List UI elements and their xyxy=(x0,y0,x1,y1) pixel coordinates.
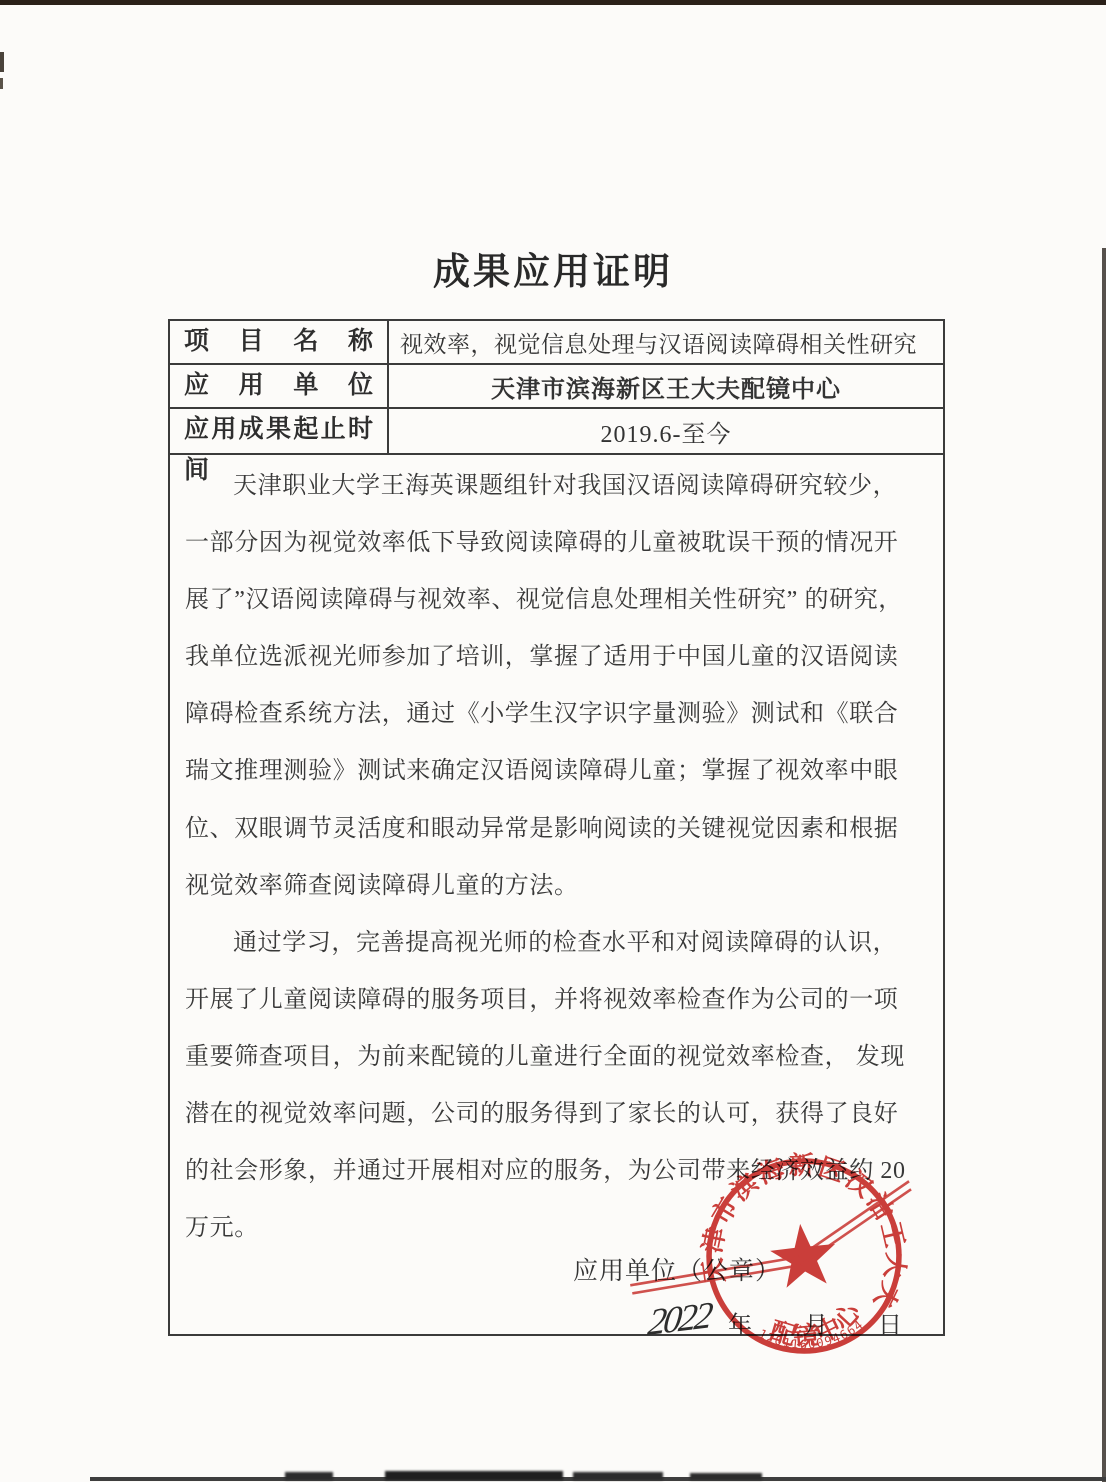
body-line: 天津职业大学王海英课题组针对我国汉语阅读障碍研究较少， xyxy=(185,458,928,515)
body-line: 视觉效率筛查阅读障碍儿童的方法。 xyxy=(185,858,928,915)
scan-artifact xyxy=(690,1473,762,1480)
scanned-document-page: 成果应用证明 项目名称 视效率，视觉信息处理与汉语阅读障碍相关性研究 应用单位 … xyxy=(0,0,1106,1482)
application-unit-value: 天津市滨海新区王大夫配镜中心 xyxy=(389,365,943,407)
project-name-value: 视效率，视觉信息处理与汉语阅读障碍相关性研究 xyxy=(389,321,943,363)
body-line: 开展了儿童阅读障碍的服务项目，并将视效率检查作为公司的一项 xyxy=(185,972,928,1029)
scan-artifact xyxy=(285,1472,333,1480)
body-line: 我单位选派视光师参加了培训，掌握了适用于中国儿童的汉语阅读 xyxy=(185,629,928,686)
body-line: 展了”汉语阅读障碍与视效率、视觉信息处理相关性研究” 的研究， xyxy=(185,572,928,629)
document-title: 成果应用证明 xyxy=(0,241,1106,295)
table-row-application-unit: 应用单位 天津市滨海新区王大夫配镜中心 xyxy=(170,365,943,409)
body-line: 位、双眼调节灵活度和眼动异常是影响阅读的关键视觉因素和根据 xyxy=(185,801,928,858)
svg-text:天津市滨海新区汉沽王大夫: 天津市滨海新区汉沽王大夫 xyxy=(693,1136,923,1316)
body-line: 通过学习，完善提高视光师的检查水平和对阅读障碍的认识， xyxy=(185,915,928,972)
table-row-project-name: 项目名称 视效率，视觉信息处理与汉语阅读障碍相关性研究 xyxy=(170,321,943,365)
body-line: 一部分因为视觉效率低下导致阅读障碍的儿童被耽误干预的情况开 xyxy=(185,515,928,572)
scan-artifact xyxy=(573,1472,663,1480)
official-seal: 天津市滨海新区汉沽王大夫 配镜中心 1201160094664 xyxy=(703,1155,905,1357)
body-line: 潜在的视觉效率问题，公司的服务得到了家长的认可，获得了良好 xyxy=(185,1086,928,1143)
scan-edge-right xyxy=(1102,248,1106,1482)
body-line: 瑞文推理测验》测试来确定汉语阅读障碍儿童；掌握了视效率中眼 xyxy=(185,743,928,800)
scan-edge-top xyxy=(0,0,1106,5)
seal-ring-text: 天津市滨海新区汉沽王大夫 xyxy=(693,1136,923,1316)
application-period-label: 应用成果起止时间 xyxy=(170,409,389,453)
scan-edge-left-mark xyxy=(0,78,3,89)
body-line: 重要筛查项目，为前来配镜的儿童进行全面的视觉效率检查， 发现 xyxy=(185,1029,928,1086)
body-line: 障碍检查系统方法，通过《小学生汉字识字量测验》测试和《联合 xyxy=(185,686,928,743)
scan-artifact xyxy=(385,1471,563,1480)
project-name-label: 项目名称 xyxy=(170,321,389,363)
application-period-value: 2019.6-至今 xyxy=(389,409,943,453)
scan-edge-left-mark xyxy=(0,52,4,72)
application-unit-label: 应用单位 xyxy=(170,365,389,407)
table-row-application-period: 应用成果起止时间 2019.6-至今 xyxy=(170,409,943,455)
